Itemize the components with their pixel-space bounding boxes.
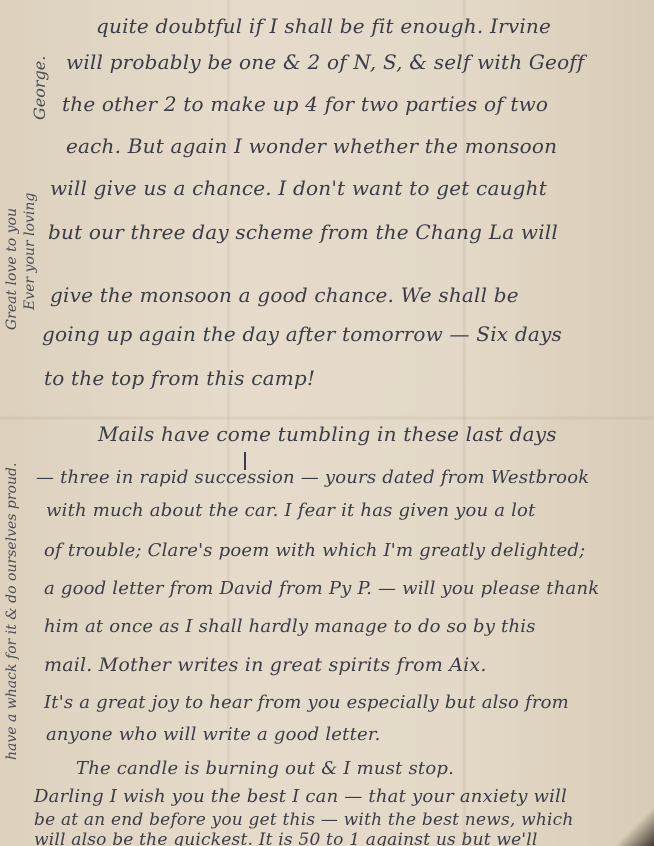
letter-line: going up again the day after tomorrow — … bbox=[42, 322, 562, 346]
letter-line: will give us a chance. I don't want to g… bbox=[50, 176, 547, 200]
letter-line: to the top from this camp! bbox=[44, 366, 315, 390]
letter-line: — three in rapid succession — yours date… bbox=[36, 467, 589, 488]
letter-line: The candle is burning out & I must stop. bbox=[76, 758, 454, 779]
margin-note: have a whack for it & do ourselves proud… bbox=[4, 463, 20, 760]
letter-line: with much about the car. I fear it has g… bbox=[46, 500, 536, 521]
letter-line: anyone who will write a good letter. bbox=[46, 724, 381, 745]
letter-line: quite doubtful if I shall be fit enough.… bbox=[96, 14, 551, 38]
letter-line: It's a great joy to hear from you especi… bbox=[44, 692, 569, 713]
letter-line: but our three day scheme from the Chang … bbox=[48, 220, 558, 244]
letter-line: the other 2 to make up 4 for two parties… bbox=[62, 92, 548, 116]
margin-signature: George. bbox=[30, 56, 49, 120]
letter-page: quite doubtful if I shall be fit enough.… bbox=[0, 0, 654, 846]
letter-line: him at once as I shall hardly manage to … bbox=[44, 616, 536, 637]
letter-line: Mails have come tumbling in these last d… bbox=[98, 422, 557, 446]
letter-line: each. But again I wonder whether the mon… bbox=[66, 134, 557, 158]
letter-line: Darling I wish you the best I can — that… bbox=[34, 786, 567, 807]
letter-line: be at an end before you get this — with … bbox=[34, 810, 574, 830]
letter-line: give the monsoon a good chance. We shall… bbox=[50, 283, 519, 307]
letter-line: a good letter from David from Py P. — wi… bbox=[44, 578, 599, 599]
margin-note: Ever your loving bbox=[22, 193, 38, 310]
margin-note: Great love to you bbox=[4, 208, 20, 330]
letter-line: mail. Mother writes in great spirits fro… bbox=[44, 654, 487, 676]
letter-line: will also be the quickest. It is 50 to 1… bbox=[34, 830, 538, 846]
letter-line: will probably be one & 2 of N, S, & self… bbox=[66, 50, 585, 74]
letter-line: of trouble; Clare's poem with which I'm … bbox=[44, 540, 585, 561]
